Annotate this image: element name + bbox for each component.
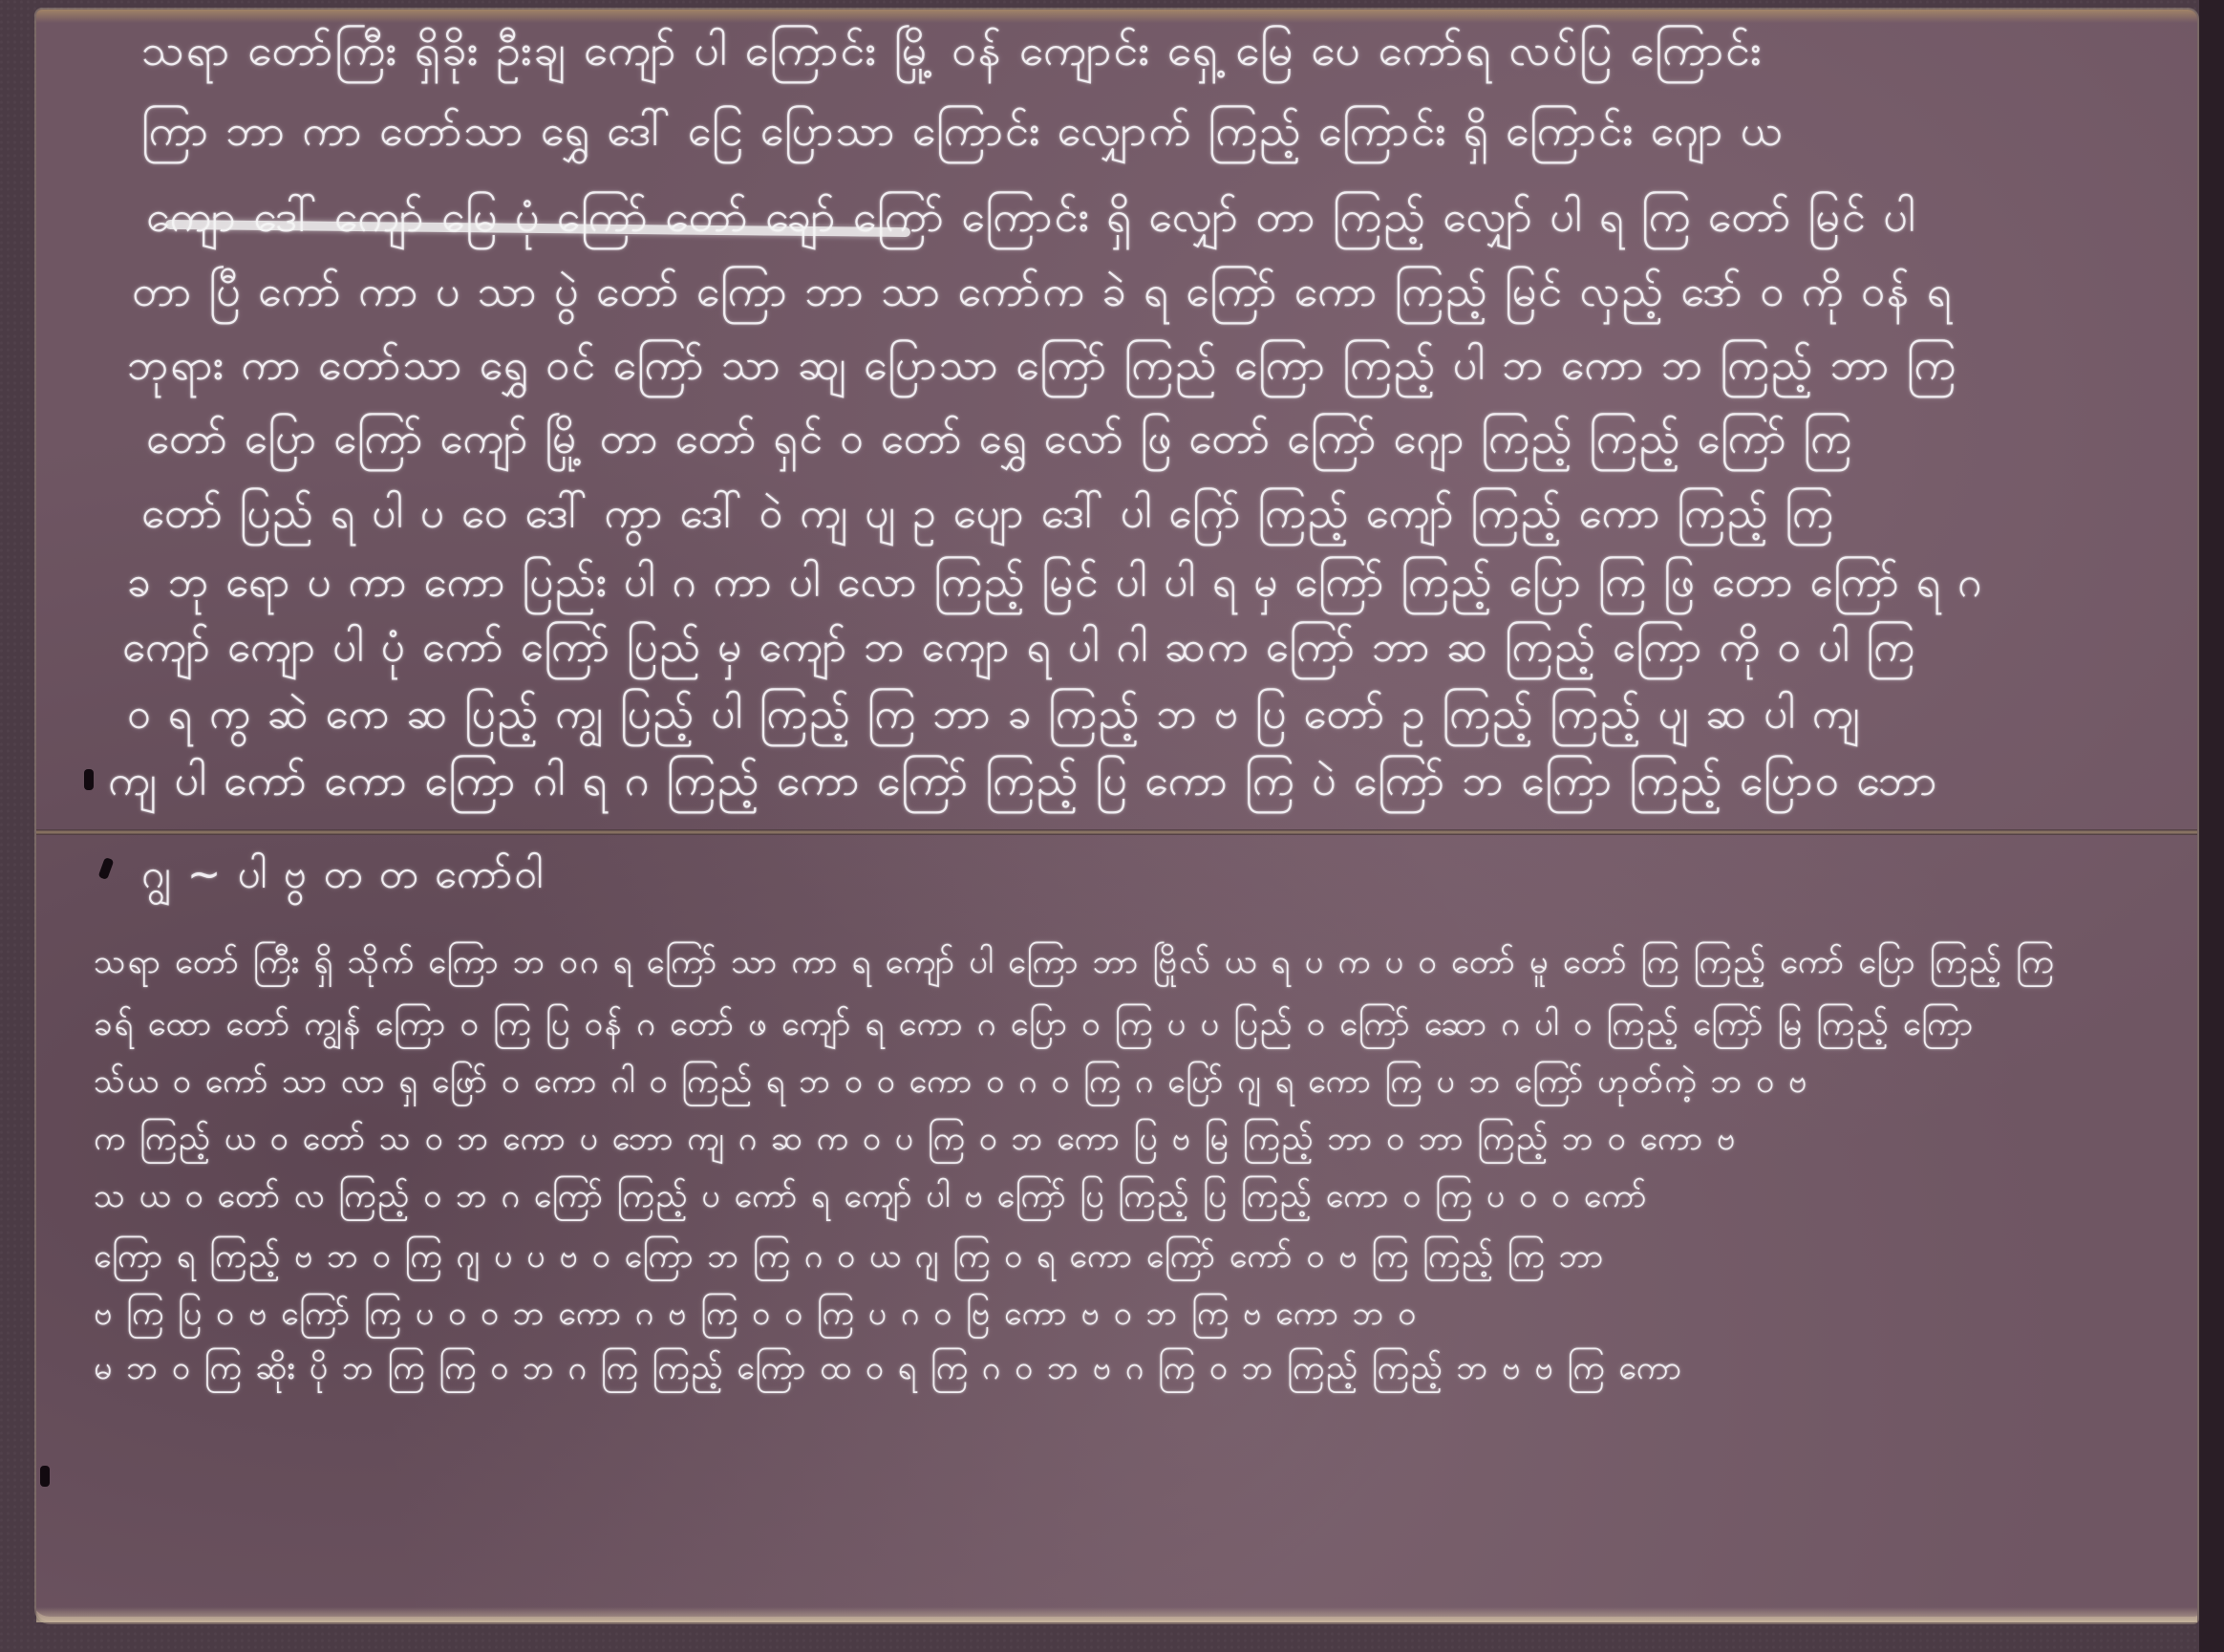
text-line: က ကြည့် ယ ဝ တော် သ ဝ ဘ ကော ပ ဘော ကျ ဂ ဆ … bbox=[94, 1117, 1737, 1166]
section-heading: ဂျွ ~ ပါ ဗွ တ တ ကော်ဝါ bbox=[141, 848, 545, 908]
text-line: သရာ တော်ကြီး ရှိခိုး ဦးချ ကျော် ပါ ကြောင… bbox=[141, 25, 1764, 86]
text-line: တော် ပြော ကြော် ကျော် မြို့ တာ တော် ရှင်… bbox=[146, 413, 1853, 474]
upper-text-block: သရာ တော်ကြီး ရှိခိုး ဦးချ ကျော် ပါ ကြောင… bbox=[36, 10, 2197, 829]
text-line: သ ယ ဝ တော် လ ကြည့် ဝ ဘ ဂ ကြော် ကြည့် ပ က… bbox=[94, 1174, 1649, 1223]
text-line: သရာ တော် ကြီး ရှိ သိုက် ကြော ဘ ဝဂ ရ ကြော… bbox=[94, 940, 2056, 989]
text-line: ဘုရား ကာ တော်သာ ရွှေ ဝင် ကြော် သာ ဆျ ပြေ… bbox=[127, 339, 1957, 400]
text-line: ခရ် ထော တော် ကျွန် ကြော ဝ ကြ ပြ ဝန် ဂ တေ… bbox=[94, 1002, 1975, 1051]
text-line: တာ ပြီ ကော် ကာ ပ သာ ပွဲ တော် ကြော ဘာ သာ … bbox=[132, 266, 1954, 327]
text-line: ကြာ ဘာ ကာ တော်သာ ရွှေ ဒေါ် ငြေ ပြောသာ ကြ… bbox=[141, 105, 1784, 166]
text-line: တော် ပြည် ရ ပါ ပ ဝေ ဒေါ် ကွာ ဒေါ် ဝဲ ကျ … bbox=[141, 487, 1835, 548]
text-line: ခ ဘု ရော ပ ကာ ကော ပြည်း ပါ ဂ ကာ ပါ လော က… bbox=[127, 556, 1983, 617]
text-line: သ်ယ ဝ ကော် သာ လာ ရှ ဖြော် ဝ ကော ဂါ ဝ ကြည… bbox=[94, 1060, 1808, 1108]
text-line: ဝ ရ ကွ ဆဲ ဂော ဆ ပြည့် ကျွ ပြည့် ပါ ကြည့်… bbox=[127, 688, 1862, 749]
ink-blot bbox=[98, 857, 115, 880]
text-line: ဗ ကြ ပြ ဝ ဗ ကြော် ကြ ပ ဝ ဝ ဘ ကော ဂ ဗ ကြ … bbox=[94, 1292, 1418, 1341]
ink-blot bbox=[40, 1466, 50, 1487]
lower-text-block: ဂျွ ~ ပါ ဗွ တ တ ကော်ဝါ သရာ တော် ကြီး ရှိ… bbox=[36, 835, 2197, 1619]
ink-blot bbox=[84, 769, 94, 790]
text-line: မ ဘ ဝ ကြ ဆိုး ပို ဘ ကြ ကြ ဝ ဘ ဂ ကြ ကြည့်… bbox=[94, 1346, 1683, 1395]
text-line: ကျ ပါ ကော် ကော ကြော ဂါ ရ ဂ ကြည့် ကော ကြေ… bbox=[108, 755, 1938, 816]
manuscript-page: သရာ တော်ကြီး ရှိခိုး ဦးချ ကျော် ပါ ကြောင… bbox=[36, 10, 2197, 1622]
text-line: ကြော ရ ကြည့် ဗ ဘ ဝ ကြ ဂျ ပ ပ ဗ ဝ ကြော ဘ … bbox=[94, 1234, 1605, 1283]
text-line: ကျော် ကျော ပါ ပုံ ကော် ကြော် ပြည် မှ ကျေ… bbox=[122, 621, 1916, 682]
dark-edge-strip bbox=[2199, 0, 2224, 1652]
